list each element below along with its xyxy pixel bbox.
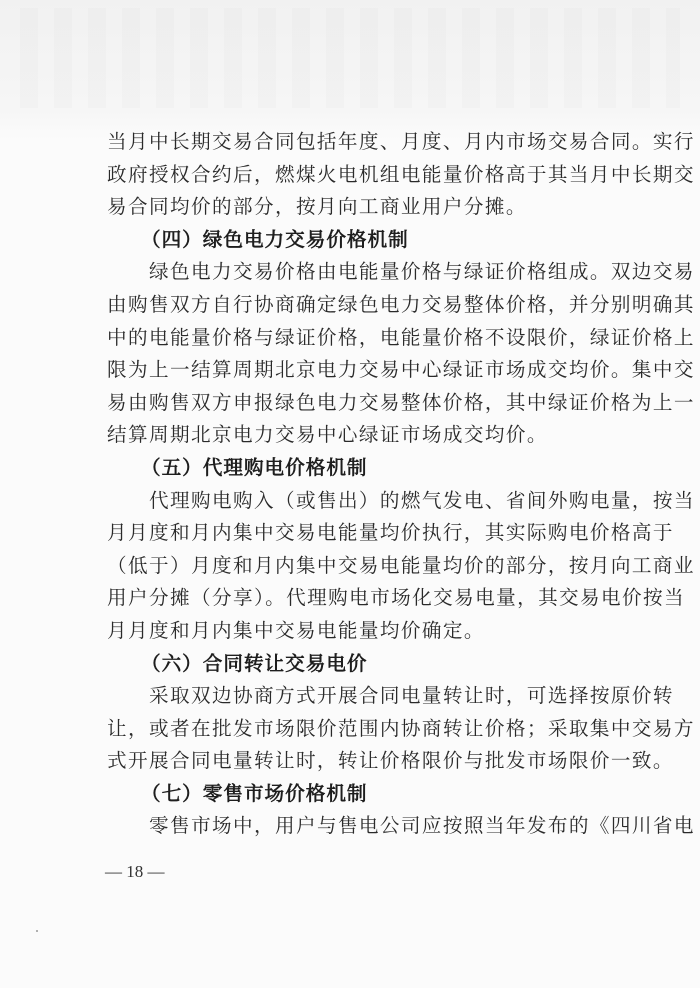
text-line: 中的电能量价格与绿证价格，电能量价格不设限价，绿证价格上 <box>107 322 612 355</box>
paragraph-retail-market-pricing: 零售市场中，用户与售电公司应按照当年发布的《四川省电 <box>107 810 612 843</box>
paragraph-green-power-pricing: 绿色电力交易价格由电能量价格与绿证价格组成。双边交易 由购售双方自行协商确定绿色… <box>107 256 612 452</box>
text-line: （低于）月度和月内集中交易电能量均价的部分，按月向工商业 <box>107 550 612 583</box>
text-line: 绿色电力交易价格由电能量价格与绿证价格组成。双边交易 <box>107 256 612 289</box>
text-line: 代理购电购入（或售出）的燃气发电、省间外购电量，按当 <box>107 485 612 518</box>
paragraph-agency-purchase-pricing: 代理购电购入（或售出）的燃气发电、省间外购电量，按当 月月度和月内集中交易电能量… <box>107 485 612 648</box>
text-line: 限为上一结算周期北京电力交易中心绿证市场成交均价。集中交 <box>107 354 612 387</box>
text-line: 月月度和月内集中交易电能量均价执行，其实际购电价格高于 <box>107 517 612 550</box>
paragraph-contract-transfer-pricing: 采取双边协商方式开展合同电量转让时，可选择按原价转 让，或者在批发市场限价范围内… <box>107 680 612 778</box>
section-heading-4: （四）绿色电力交易价格机制 <box>107 224 612 257</box>
text-line: 用户分摊（分享）。代理购电市场化交易电量，其交易电价按当 <box>107 582 612 615</box>
text-line: 采取双边协商方式开展合同电量转让时，可选择按原价转 <box>107 680 612 713</box>
section-heading-5: （五）代理购电价格机制 <box>107 452 612 485</box>
page-number: — 18 — <box>105 862 165 882</box>
text-line: 易合同均价的部分，按月向工商业用户分摊。 <box>107 191 612 224</box>
text-line: 当月中长期交易合同包括年度、月度、月内市场交易合同。实行 <box>107 126 612 159</box>
document-page: 当月中长期交易合同包括年度、月度、月内市场交易合同。实行 政府授权合约后，燃煤火… <box>0 0 700 988</box>
show-through-artifact <box>20 8 680 108</box>
text-line: 让，或者在批发市场限价范围内协商转让价格；采取集中交易方 <box>107 713 612 746</box>
text-line: 零售市场中，用户与售电公司应按照当年发布的《四川省电 <box>107 810 612 843</box>
paragraph-continuation: 当月中长期交易合同包括年度、月度、月内市场交易合同。实行 政府授权合约后，燃煤火… <box>107 126 612 224</box>
text-line: 易由购售双方申报绿色电力交易整体价格，其中绿证价格为上一 <box>107 387 612 420</box>
scan-speck <box>36 930 38 932</box>
document-body: 当月中长期交易合同包括年度、月度、月内市场交易合同。实行 政府授权合约后，燃煤火… <box>107 126 612 843</box>
text-line: 结算周期北京电力交易中心绿证市场成交均价。 <box>107 419 612 452</box>
section-heading-6: （六）合同转让交易电价 <box>107 648 612 681</box>
section-heading-7: （七）零售市场价格机制 <box>107 778 612 811</box>
text-line: 月月度和月内集中交易电能量均价确定。 <box>107 615 612 648</box>
text-line: 政府授权合约后，燃煤火电机组电能量价格高于其当月中长期交 <box>107 159 612 192</box>
text-line: 式开展合同电量转让时，转让价格限价与批发市场限价一致。 <box>107 745 612 778</box>
text-line: 由购售双方自行协商确定绿色电力交易整体价格，并分别明确其 <box>107 289 612 322</box>
